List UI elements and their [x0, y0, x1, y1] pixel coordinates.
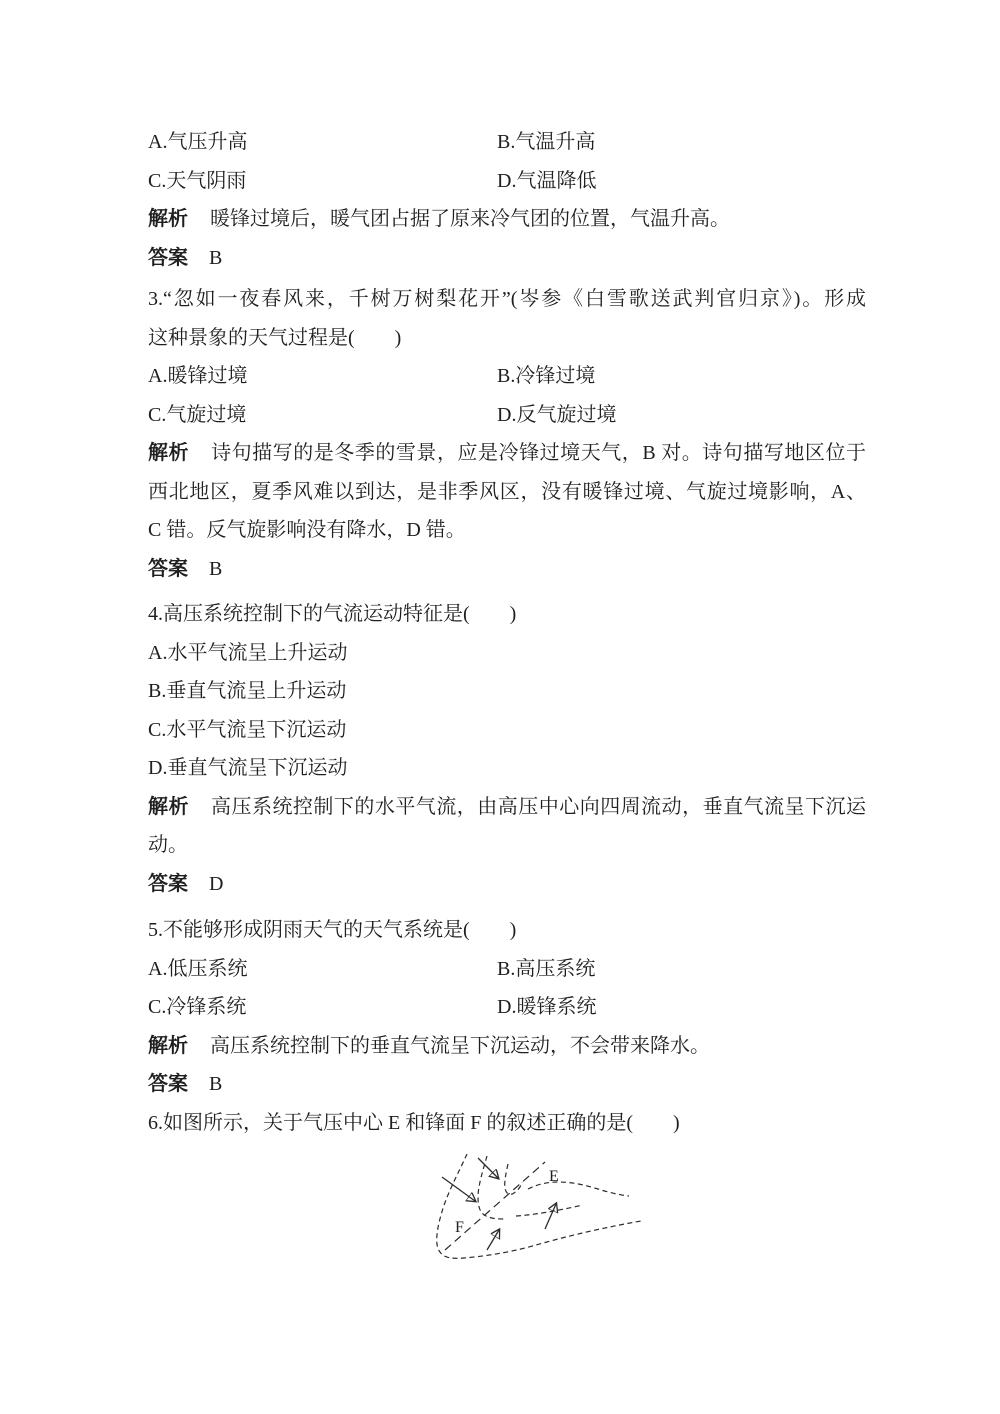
q3-analysis-text1: 诗句描写的是冬季的雪景，应是冷锋过境天气，B 对。诗句描写地区位于 — [211, 442, 866, 464]
wind-arrow-nw-1 — [478, 1158, 498, 1178]
q5-option-d: D.暖锋系统 — [497, 996, 596, 1018]
q3-option-d: D.反气旋过境 — [497, 404, 616, 426]
answer-label: 答案 — [148, 873, 188, 895]
analysis-label: 解析 — [148, 1035, 188, 1057]
q4-option-d: D.垂直气流呈下沉运动 — [148, 749, 866, 788]
q2-option-a: A.气压升高 — [148, 123, 497, 162]
q3-stem-line2: 这种景象的天气过程是( ) — [148, 319, 866, 358]
q5-answer-letter: B — [209, 1073, 222, 1095]
wind-arrow-se-2 — [545, 1204, 556, 1229]
q4-answer: 答案D — [148, 865, 866, 904]
q5-stem: 5.不能够形成阴雨天气的天气系统是( ) — [148, 911, 866, 950]
q4-analysis-line2: 动。 — [148, 826, 866, 865]
q2-option-c: C.天气阴雨 — [148, 162, 497, 201]
q2-options-row-ab: A.气压升高B.气温升高 — [148, 123, 866, 162]
q5-option-c: C.冷锋系统 — [148, 988, 497, 1027]
q3-options-row-cd: C.气旋过境D.反气旋过境 — [148, 396, 866, 435]
wind-arrow-nw-2 — [442, 1177, 475, 1201]
q5-option-a: A.低压系统 — [148, 950, 497, 989]
q3-analysis-line2: 西北地区，夏季风难以到达，是非季风区，没有暖锋过境、气旋过境影响，A、 — [148, 473, 866, 512]
q3-option-a: A.暖锋过境 — [148, 357, 497, 396]
document-body: A.气压升高B.气温升高 C.天气阴雨D.气温降低 解析暖锋过境后，暖气团占据了… — [148, 123, 866, 1142]
q4-option-c: C.水平气流呈下沉运动 — [148, 711, 866, 750]
isobar-middle-left — [478, 1156, 504, 1219]
q2-answer: 答案B — [148, 239, 866, 278]
exam-page: A.气压升高B.气温升高 C.天气阴雨D.气温降低 解析暖锋过境后，暖气团占据了… — [0, 0, 1000, 1414]
q2-analysis: 解析暖锋过境后，暖气团占据了原来冷气团的位置，气温升高。 — [148, 200, 866, 239]
q3-answer: 答案B — [148, 550, 866, 589]
q3-option-b: B.冷锋过境 — [497, 365, 595, 387]
pressure-center-label-e: E — [549, 1168, 559, 1185]
answer-label: 答案 — [148, 558, 188, 580]
analysis-label: 解析 — [148, 442, 189, 464]
isobar-outer — [437, 1154, 641, 1258]
answer-label: 答案 — [148, 247, 188, 269]
q5-analysis: 解析高压系统控制下的垂直气流呈下沉运动，不会带来降水。 — [148, 1027, 866, 1066]
q4-stem: 4.高压系统控制下的气流运动特征是( ) — [148, 595, 866, 634]
q4-option-a: A.水平气流呈上升运动 — [148, 634, 866, 673]
analysis-label: 解析 — [148, 208, 188, 230]
q4-answer-letter: D — [209, 873, 223, 895]
q3-options-row-ab: A.暖锋过境B.冷锋过境 — [148, 357, 866, 396]
q2-options-row-cd: C.天气阴雨D.气温降低 — [148, 162, 866, 201]
q5-options-row-cd: C.冷锋系统D.暖锋系统 — [148, 988, 866, 1027]
q2-option-d: D.气温降低 — [497, 170, 596, 192]
answer-label: 答案 — [148, 1073, 188, 1095]
q6-stem: 6.如图所示，关于气压中心 E 和锋面 F 的叙述正确的是( ) — [148, 1104, 866, 1143]
q5-options-row-ab: A.低压系统B.高压系统 — [148, 950, 866, 989]
q5-option-b: B.高压系统 — [497, 958, 595, 980]
q3-option-c: C.气旋过境 — [148, 396, 497, 435]
isobar-middle-right — [516, 1205, 583, 1216]
q2-answer-letter: B — [209, 247, 222, 269]
q5-answer: 答案B — [148, 1065, 866, 1104]
q5-analysis-text: 高压系统控制下的垂直气流呈下沉运动，不会带来降水。 — [210, 1035, 710, 1057]
front-label-f: F — [455, 1219, 464, 1236]
q3-analysis-line3: C 错。反气旋影响没有降水，D 错。 — [148, 511, 866, 550]
weather-map-figure: E F — [415, 1145, 650, 1270]
q3-answer-letter: B — [209, 558, 222, 580]
isobar-inner-right — [528, 1182, 629, 1196]
q2-analysis-text: 暖锋过境后，暖气团占据了原来冷气团的位置，气温升高。 — [210, 208, 730, 230]
q3-stem-line1: 3.“忽如一夜春风来，千树万树梨花开”(岑参《白雪歌送武判官归京》)。形成 — [148, 280, 866, 319]
q4-analysis-text1: 高压系统控制下的水平气流，由高压中心向四周流动，垂直气流呈下沉运 — [211, 796, 866, 818]
q3-analysis-line1: 解析诗句描写的是冬季的雪景，应是冷锋过境天气，B 对。诗句描写地区位于 — [148, 434, 866, 473]
q4-option-b: B.垂直气流呈上升运动 — [148, 672, 866, 711]
q2-option-b: B.气温升高 — [497, 131, 595, 153]
analysis-label: 解析 — [148, 796, 189, 818]
wind-arrow-se-1 — [487, 1230, 499, 1250]
q4-analysis-line1: 解析高压系统控制下的水平气流，由高压中心向四周流动，垂直气流呈下沉运 — [148, 788, 866, 827]
